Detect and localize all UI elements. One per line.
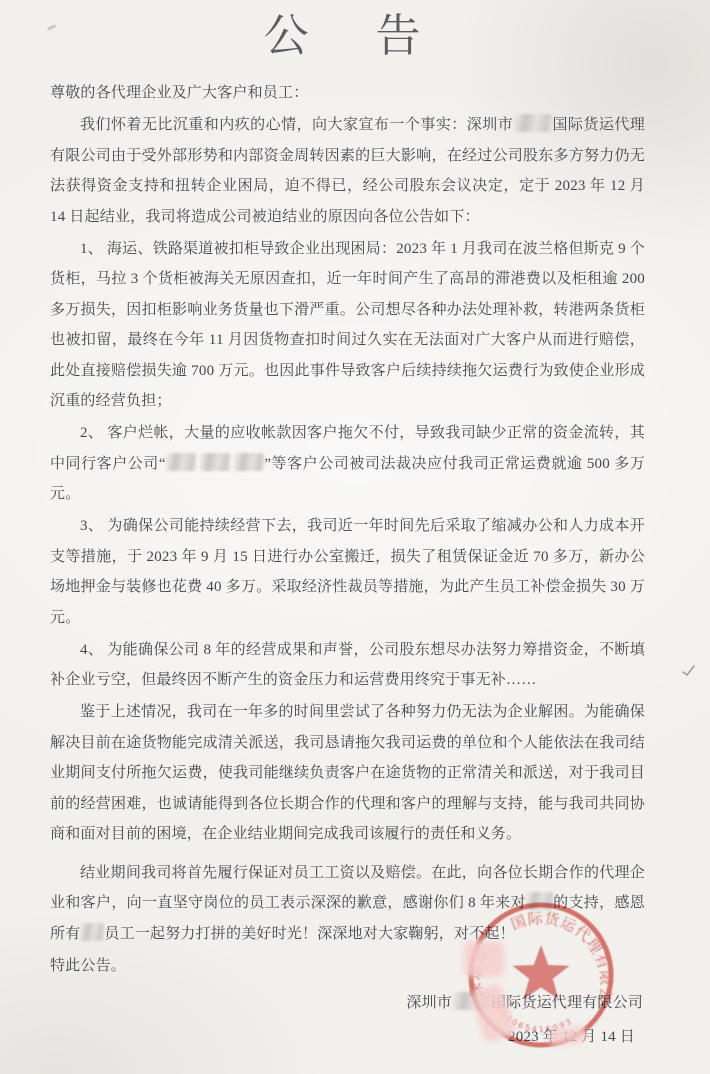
reason-4: 4、 为能确保公司 8 年的经营成果和声誉，公司股东想尽办法努力筹措资金，不断填… <box>50 635 645 696</box>
redacted-text <box>166 453 196 471</box>
scanned-announcement-page: 公 告 尊敬的各代理企业及广大客户和员工：我们怀着无比沉重和内疚的心情，向大家宣… <box>0 0 710 1074</box>
page-title: 公 告 <box>50 8 645 64</box>
reason-2: 2、 客户烂帐，大量的应收帐款因客户拖欠不付，导致我司缺少正常的资金流转，其中同… <box>50 418 645 510</box>
redacted-text <box>80 923 104 941</box>
reason-1: 1、 海运、铁路渠道被扣柜导致企业出现困局：2023 年 1 月我司在波兰格但斯… <box>50 234 645 417</box>
redacted-text <box>234 453 264 471</box>
seal-redaction-patch <box>464 941 504 977</box>
pen-mark-icon <box>681 664 696 678</box>
redacted-text <box>200 453 230 471</box>
redacted-text <box>513 114 552 132</box>
document-content: 公 告 尊敬的各代理企业及广大客户和员工：我们怀着无比沉重和内疚的心情，向大家宣… <box>50 8 645 1054</box>
situation-paragraph: 鉴于上述情况，我司在一年多的时间里尝试了各种努力仍无法为企业解困。为能确保解决目… <box>50 697 645 850</box>
seal-star-icon <box>513 945 570 999</box>
salutation: 尊敬的各代理企业及广大客户和员工： <box>50 78 645 109</box>
intro-paragraph: 我们怀着无比沉重和内疚的心情，向大家宣布一个事实：深圳市国际货运代理有限公司由于… <box>50 110 645 232</box>
reason-3: 3、 为确保公司能持续经营下去，我司近一年时间先后采取了缩减办公和人力成本开支等… <box>50 511 645 633</box>
